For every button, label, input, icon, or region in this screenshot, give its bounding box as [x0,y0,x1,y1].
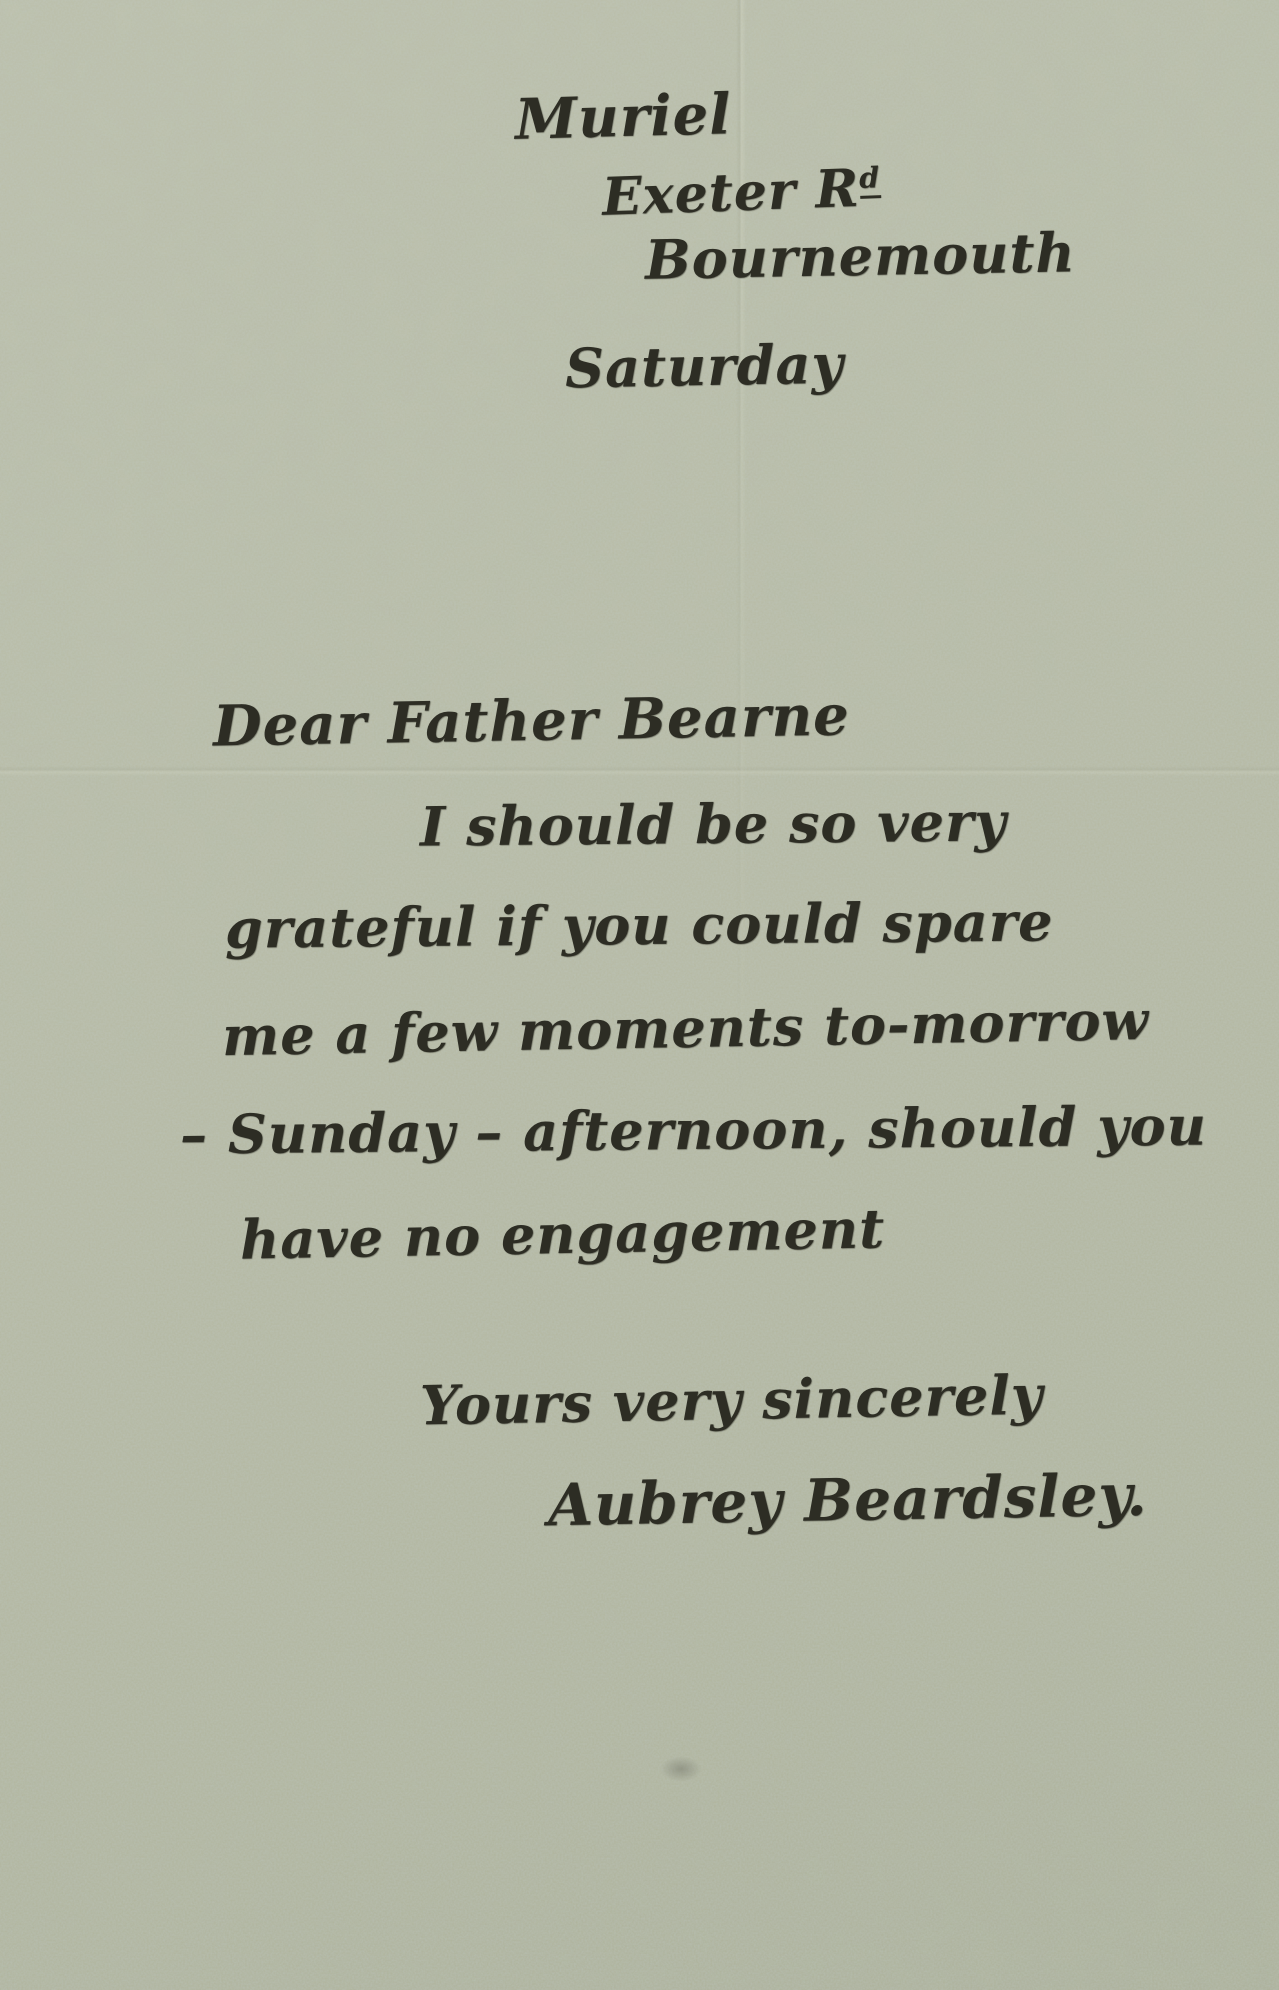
horizontal-fold-crease [0,766,1279,776]
signature: Aubrey Beardsley. [547,1461,1148,1539]
ink-smudge [660,1756,702,1782]
body-line-3: me a few moments to-morrow [222,988,1150,1068]
address-street: Exeter Rd [601,157,882,228]
address-house: Muriel [514,81,732,153]
body-line-5: have no engagement [239,1196,885,1271]
body-line-2: grateful if you could spare [225,889,1054,960]
body-line-4: – Sunday – afternoon, should you [180,1094,1207,1167]
closing: Yours very sincerely [419,1363,1043,1438]
letter-date: Saturday [564,332,844,401]
address-town: Bournemouth [644,220,1076,292]
address-street-main: Exeter R [601,158,861,228]
letter-page: Muriel Exeter Rd Bournemouth Saturday De… [0,0,1279,1990]
body-line-1: I should be so very [420,789,1007,858]
salutation: Dear Father Bearne [212,682,850,759]
address-street-superscript: d [859,160,881,199]
